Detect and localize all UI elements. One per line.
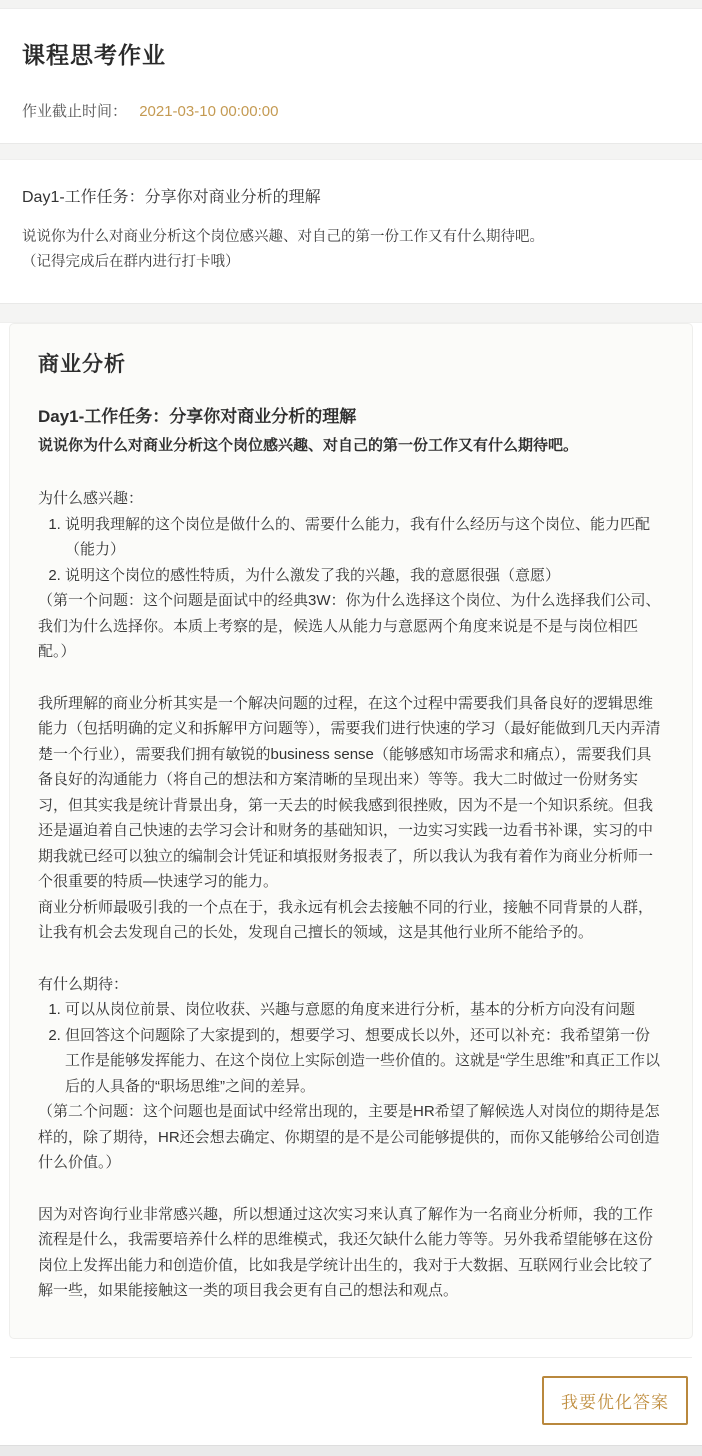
expectation-list: 可以从岗位前景、岗位收获、兴趣与意愿的角度来进行分析，基本的分析方向没有问题 但… (38, 997, 664, 1099)
final-paragraph: 因为对咨询行业非常感兴趣，所以想通过这次实习来认真了解作为一名商业分析师，我的工… (38, 1202, 664, 1304)
understanding-paragraph: 我所理解的商业分析其实是一个解决问题的过程，在这个过程中需要我们具备良好的逻辑思… (38, 691, 664, 895)
answer-body: 为什么感兴趣： 说明我理解的这个岗位是做什么的、需要什么能力，我有什么经历与这个… (38, 486, 664, 1304)
section-divider-band (0, 303, 702, 323)
optimize-answer-button[interactable]: 我要优化答案 (542, 1376, 688, 1425)
assignment-page: 课程思考作业 作业截止时间： 2021-03-10 00:00:00 Day1-… (0, 0, 702, 1456)
task-section: Day1-工作任务：分享你对商业分析的理解 说说你为什么对商业分析这个岗位感兴趣… (0, 160, 702, 303)
paragraph-spacer (38, 1176, 664, 1202)
task-description: 说说你为什么对商业分析这个岗位感兴趣、对自己的第一份工作又有什么期待吧。 (22, 225, 680, 250)
answer-card-subdesc: 说说你为什么对商业分析这个岗位感兴趣、对自己的第一份工作又有什么期待吧。 (38, 433, 664, 458)
list-item: 说明我理解的这个岗位是做什么的、需要什么能力，我有什么经历与这个岗位、能力匹配（… (65, 512, 664, 563)
deadline-label: 作业截止时间： (22, 103, 127, 120)
list-item: 但回答这个问题除了大家提到的，想要学习、想要成长以外，还可以补充：我希望第一份工… (65, 1023, 664, 1100)
list-item: 说明这个岗位的感性特质，为什么激发了我的兴趣，我的意愿很强（意愿） (65, 563, 664, 589)
expectation-title: 有什么期待： (38, 972, 664, 998)
answer-card: 商业分析 Day1-工作任务：分享你对商业分析的理解 说说你为什么对商业分析这个… (9, 323, 693, 1339)
answer-card-heading: 商业分析 (38, 348, 664, 378)
why-interested-title: 为什么感兴趣： (38, 486, 664, 512)
deadline-value: 2021-03-10 00:00:00 (139, 103, 278, 120)
task-note: （记得完成后在群内进行打卡哦） (22, 250, 680, 275)
task-title: Day1-工作任务：分享你对商业分析的理解 (22, 184, 680, 207)
bottom-divider-strip (0, 1445, 702, 1456)
why-interested-note: （第一个问题：这个问题是面试中的经典3W：你为什么选择这个岗位、为什么选择我们公… (38, 588, 664, 665)
footer-actions: 我要优化答案 (0, 1358, 702, 1445)
paragraph-spacer (38, 665, 664, 691)
list-item: 可以从岗位前景、岗位收获、兴趣与意愿的角度来进行分析，基本的分析方向没有问题 (65, 997, 664, 1023)
expectation-note: （第二个问题：这个问题也是面试中经常出现的，主要是HR希望了解候选人对岗位的期待… (38, 1099, 664, 1176)
why-interested-list: 说明我理解的这个岗位是做什么的、需要什么能力，我有什么经历与这个岗位、能力匹配（… (38, 512, 664, 589)
deadline-row: 作业截止时间： 2021-03-10 00:00:00 (22, 100, 680, 121)
page-title: 课程思考作业 (22, 37, 680, 70)
answer-card-subtitle: Day1-工作任务：分享你对商业分析的理解 (38, 404, 664, 430)
paragraph-spacer (38, 946, 664, 972)
page-header: 课程思考作业 作业截止时间： 2021-03-10 00:00:00 (0, 9, 702, 143)
top-divider-strip (0, 0, 702, 9)
attraction-paragraph: 商业分析师最吸引我的一个点在于，我永远有机会去接触不同的行业，接触不同背景的人群… (38, 895, 664, 946)
section-divider-band (0, 143, 702, 160)
